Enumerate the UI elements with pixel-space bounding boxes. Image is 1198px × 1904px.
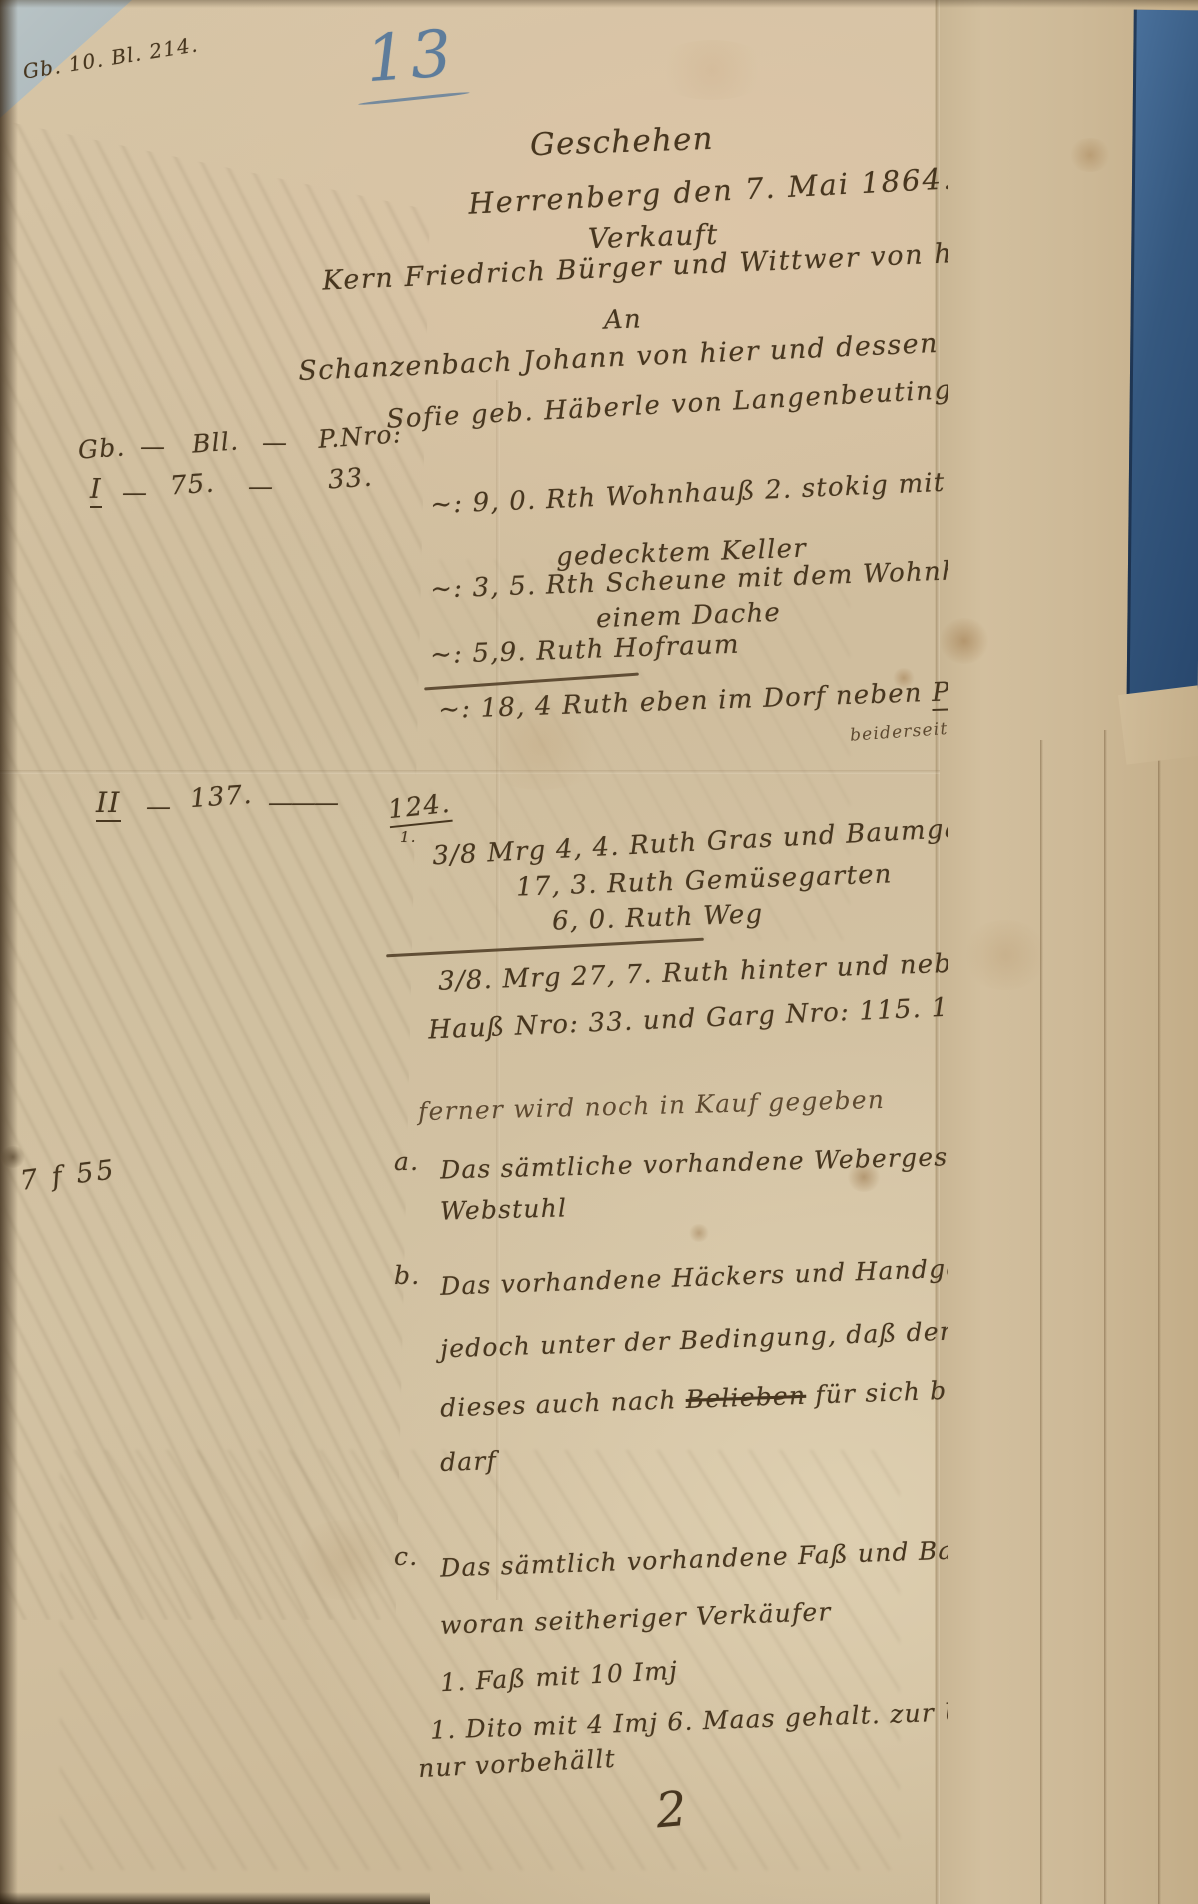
register-dash: — bbox=[146, 792, 172, 821]
register-row1-pnro: 33. bbox=[327, 462, 374, 495]
parcel2-line4: 3/8. Mrg 27, 7. Ruth hinter und neben de… bbox=[438, 945, 948, 997]
parcel1-line5: ~: 5,9. Ruth Hofraum bbox=[430, 630, 741, 671]
clause-a-label: a. bbox=[394, 1147, 419, 1176]
register-dash: — bbox=[248, 472, 274, 501]
register-dash: — bbox=[140, 432, 166, 461]
register-col-bl: Bll. bbox=[191, 426, 240, 458]
clause-c-line1: Das sämtlich vorhandene Faß und Bandgesc… bbox=[440, 1530, 948, 1582]
register-dash: — bbox=[122, 478, 148, 507]
catchword: 2 bbox=[654, 1781, 691, 1840]
sum-stroke bbox=[424, 673, 639, 690]
parcel1-line1: ~: 9, 0. Rth Wohnhauß 2. stokig mit Stal… bbox=[430, 462, 948, 521]
margin-price-note: 7 f 55 bbox=[18, 1154, 118, 1197]
clause-b-line2: jedoch unter der Bedingung, daß der Verk… bbox=[440, 1312, 948, 1364]
parcel1-line4: einem Dache bbox=[596, 598, 782, 634]
parcel2-line3: 6, 0. Ruth Weg bbox=[552, 899, 764, 936]
clause-a-line1: Das sämtliche vorhandene Webergeschirr s… bbox=[440, 1138, 948, 1184]
page-edge-line bbox=[1104, 730, 1107, 1904]
register-row2-pnro: 124. bbox=[387, 789, 452, 825]
roman-numeral-two: II bbox=[96, 786, 121, 822]
clause-c-line5: nur vorbehällt bbox=[417, 1744, 616, 1783]
clause-b-line3: dieses auch nach Belieben für sich benüz… bbox=[440, 1372, 948, 1422]
parcel2-line2: 17, 3. Ruth Gemüsegarten bbox=[516, 859, 894, 902]
clause-b-line3-post: für sich benüzen bbox=[806, 1372, 948, 1409]
manuscript-scan: { "paper": { "base_color": "#d2c1a2", "c… bbox=[0, 0, 1198, 1904]
parcel2-line5: Hauß Nro: 33. und Garg Nro: 115. 121 u: … bbox=[428, 986, 948, 1045]
heading-an: An bbox=[603, 304, 642, 335]
clause-c-line4: 1. Dito mit 4 Imj 6. Maas gehalt. zur Üb… bbox=[430, 1692, 948, 1745]
parcel1-line6-text: ~: 18, 4 Ruth eben im Dorf neben bbox=[438, 678, 933, 725]
parcel1-line6-note: beiderseits bbox=[849, 718, 948, 746]
register-long-dash: ——— bbox=[268, 788, 337, 817]
archival-corner-note: Gb. 10. Bl. 214. bbox=[21, 32, 200, 83]
clause-b-line4: darf bbox=[440, 1446, 498, 1477]
heading-geschehen: Geschehen bbox=[529, 121, 714, 163]
register-row1-gb: I bbox=[90, 474, 102, 505]
heading-place-date: Herrenberg den 7. Mai 1864. bbox=[467, 161, 948, 220]
sum-stroke bbox=[386, 938, 704, 957]
register-row2-pnro-sub: 1. bbox=[400, 828, 417, 846]
page-edge-line bbox=[1158, 748, 1161, 1904]
register-row2-bl: 137. bbox=[189, 780, 254, 814]
buyer-line-2: Sofie geb. Häberle von Langenbeutingen bbox=[386, 373, 948, 434]
manuscript-text-layer: Gb. 10. Bl. 214. 13 Geschehen Herrenberg… bbox=[0, 0, 948, 1904]
register-row1-bl: 75. bbox=[169, 468, 216, 501]
clause-c-line2: woran seitheriger Verkäufer bbox=[440, 1597, 832, 1640]
register-col-pnro: P.Nro: bbox=[317, 419, 403, 454]
struck-word: Belieben bbox=[685, 1381, 806, 1414]
parcel1-line6-ref: P.Nro 121. bbox=[932, 673, 948, 711]
roman-numeral-one: I bbox=[90, 474, 102, 508]
clause-c-line3: 1. Faß mit 10 Imj bbox=[439, 1656, 678, 1697]
clause-c-label: c. bbox=[394, 1542, 418, 1571]
clause-a-line2: Webstuhl bbox=[440, 1193, 568, 1225]
clause-intro: ferner wird noch in Kauf gegeben bbox=[418, 1085, 886, 1126]
page-edge-line bbox=[1040, 740, 1043, 1904]
book-cover-blue bbox=[1126, 10, 1198, 737]
register-col-gb: Gb. bbox=[77, 432, 126, 464]
register-row2-gb: II bbox=[96, 786, 121, 819]
page-number-pencil: 13 bbox=[364, 17, 458, 97]
clause-b-label: b. bbox=[394, 1261, 420, 1290]
clause-b-line1: Das vorhandene Häckers und Handgeschirre bbox=[440, 1250, 948, 1301]
parcel-number: 124. bbox=[387, 789, 453, 828]
clause-b-line3-pre: dieses auch nach bbox=[440, 1385, 687, 1423]
page-corner-overlap bbox=[1118, 685, 1198, 764]
register-dash: — bbox=[262, 428, 288, 457]
